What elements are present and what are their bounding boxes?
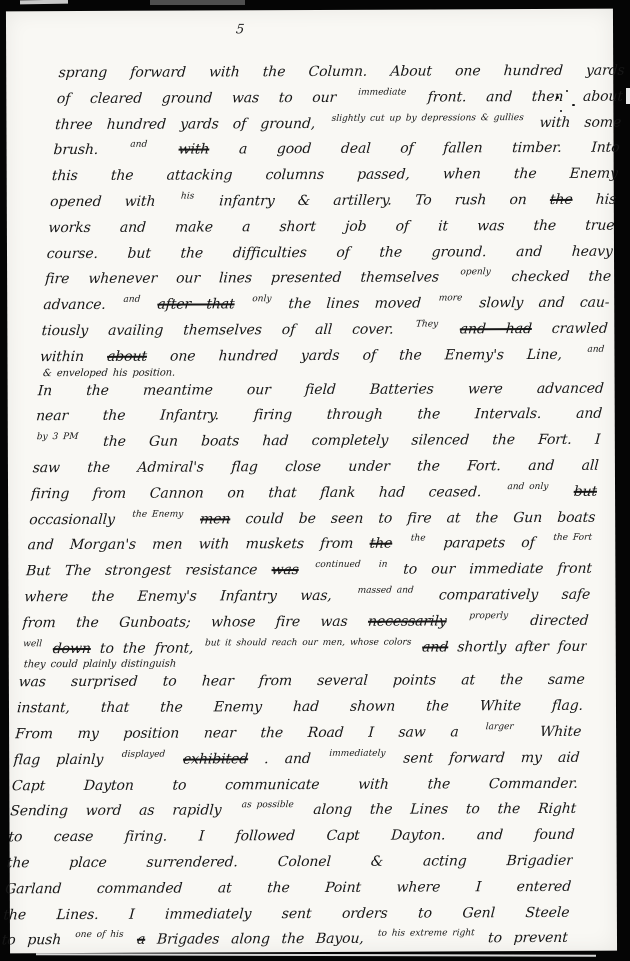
manuscript-line: the Lines. I immediately sent orders to … [3, 900, 571, 928]
struck-out-text: and had [459, 321, 532, 337]
inserted-text: immediately [329, 749, 386, 758]
manuscript-line: of cleared ground was to our immediate f… [56, 84, 624, 112]
text-run: was surprised to hear from several point… [18, 672, 585, 690]
text-run: from the Gunboats; whose fire was [22, 614, 348, 631]
inserted-text: and [123, 296, 141, 305]
manuscript-line: instant, that the Enemy had shown the Wh… [16, 694, 584, 722]
inserted-text: more [438, 295, 462, 304]
text-run: fire whenever our lines presented themse… [45, 270, 440, 288]
inserted-text: as possible [241, 801, 294, 810]
struck-out-text: after that [157, 297, 235, 313]
inserted-text: and [130, 141, 148, 150]
inserted-text: massed and [357, 586, 414, 595]
manuscript-line: three hundred yards of ground, slightly … [54, 110, 622, 138]
manuscript-line: flag plainly displayed exhibited . and i… [13, 746, 581, 774]
text-run: saw the Admiral's flag close under the F… [32, 458, 599, 476]
text-run: to the front, [99, 640, 194, 656]
text-run: where the Enemy's Infantry was, [24, 588, 333, 605]
text-run: Capt Dayton to communicate with the Comm… [11, 775, 578, 793]
struck-out-text: the [369, 536, 393, 552]
text-run: course. but the difficulties of the grou… [46, 243, 613, 261]
text-run: parapets of [443, 535, 535, 551]
inserted-text: the Fort [553, 534, 592, 543]
text-run: checked the [511, 269, 612, 285]
manuscript-line: occasionally the Enemy men could be seen… [28, 505, 596, 533]
text-run: a good deal of fallen timber. Into [238, 140, 620, 158]
text-run: works and make a short job of it was the… [48, 217, 615, 235]
manuscript-line: near the Infantry. firing through the In… [35, 402, 603, 430]
ink-speck [566, 90, 568, 92]
manuscript-line: where the Enemy's Infantry was, massed a… [23, 583, 591, 611]
text-run: of cleared ground was to our [56, 90, 336, 107]
struck-out-text: about [107, 348, 148, 364]
text-run: In the meantime our field Batteries were… [37, 380, 604, 398]
text-run: advance. [43, 297, 106, 313]
struck-out-text: exhibited [183, 751, 249, 767]
manuscript-line: sprang forward with the Column. About on… [58, 59, 626, 87]
manuscript-line: advance. and after that only the lines m… [42, 291, 610, 319]
manuscript-line: Sending word as rapidly as possible alon… [9, 797, 577, 825]
text-run: sprang forward with the Column. About on… [58, 63, 625, 81]
manuscript-line: firing from Cannon on that flank had cea… [30, 480, 598, 508]
manuscript-line: opened with his infantry & artillery. To… [49, 188, 617, 216]
text-run: to push [1, 932, 61, 948]
manuscript: sprang forward with the Column. About on… [1, 59, 626, 955]
text-run: front. and then about [427, 88, 623, 105]
scan-artifact [626, 88, 630, 104]
scanned-manuscript-photo: 5 sprang forward with the Column. About … [0, 0, 630, 961]
scan-artifact [20, 0, 68, 4]
manuscript-line: the place surrendered. Colonel & acting … [6, 849, 574, 877]
text-run: to our immediate front [403, 561, 593, 578]
struck-out-text: and [422, 639, 449, 655]
manuscript-line: fire whenever our lines presented themse… [44, 265, 612, 293]
text-run: to prevent [488, 930, 569, 946]
inserted-text: the Enemy [132, 510, 184, 519]
scan-artifact [150, 0, 245, 5]
manuscript-line: works and make a short job of it was the… [48, 213, 616, 241]
inserted-text: immediate [358, 88, 407, 97]
text-run: Garland commanded at the Point where I e… [5, 879, 572, 897]
inserted-text: one of his [75, 931, 124, 940]
text-run: brush. [53, 142, 99, 158]
text-run: the place surrendered. Colonel & acting … [6, 853, 573, 871]
struck-out-text: down [52, 640, 91, 656]
text-run: they could plainly distinguish [23, 659, 176, 671]
inserted-text: and [587, 345, 605, 354]
manuscript-page: 5 sprang forward with the Column. About … [6, 9, 617, 954]
manuscript-line: brush. and with a good deal of fallen ti… [53, 136, 621, 164]
text-run: along the Lines to the Right [313, 801, 577, 818]
text-run: instant, that the Enemy had shown the Wh… [16, 698, 583, 716]
struck-out-text: but [573, 484, 597, 500]
text-run: one hundred yards of the Enemy's Line, [170, 347, 563, 365]
manuscript-line: to push one of his a Brigades along the … [1, 926, 569, 954]
ink-speck [560, 110, 562, 112]
manuscript-line: In the meantime our field Batteries were… [37, 376, 605, 404]
text-run: directed [530, 613, 589, 629]
text-run: & enveloped his position. [43, 367, 176, 379]
inserted-text: larger [485, 723, 514, 732]
manuscript-line: tiously availing themselves of all cover… [41, 317, 609, 345]
inserted-text: properly [469, 612, 508, 621]
inserted-text: by 3 PM [36, 433, 78, 442]
text-run: the Lines. I immediately sent orders to … [3, 904, 570, 922]
text-run: the Gun boats had completely silenced th… [103, 432, 601, 450]
text-run: to cease firing. I followed Capt Dayton.… [8, 827, 575, 845]
manuscript-line: to cease firing. I followed Capt Dayton.… [8, 823, 576, 851]
text-run: opened with [50, 194, 156, 210]
struck-out-text: with [178, 142, 210, 158]
manuscript-line: and Morgan's men with muskets from the t… [27, 531, 595, 559]
inserted-text: his [181, 192, 195, 201]
text-run: . and [264, 751, 312, 767]
text-run: crawled [551, 321, 608, 337]
text-run: the lines moved [288, 296, 422, 313]
manuscript-line: was surprised to hear from several point… [18, 668, 586, 696]
ink-speck [572, 104, 575, 106]
manuscript-line: Capt Dayton to communicate with the Comm… [11, 771, 579, 799]
manuscript-line: Garland commanded at the Point where I e… [4, 875, 572, 903]
manuscript-line: But The strongest resistance was continu… [25, 557, 593, 585]
text-run: comparatively safe [438, 587, 590, 604]
inserted-text: the [410, 535, 425, 544]
text-run: his [595, 192, 616, 208]
text-run: White [539, 724, 581, 740]
inserted-text: to his extreme right [378, 930, 475, 939]
text-run: three hundred yards of ground, [55, 116, 316, 133]
text-run: flag plainly [13, 752, 104, 768]
text-run: this the attacking columns passed, when … [51, 166, 618, 184]
text-run: could be seen to fire at the Gun boats [245, 509, 596, 527]
struck-out-text: a [136, 932, 145, 948]
ink-speck [556, 96, 559, 99]
text-run: slowly and cau- [479, 295, 610, 312]
text-run: and Morgan's men with muskets from [27, 536, 354, 553]
struck-out-text: was [271, 562, 299, 578]
inserted-text: displayed [121, 750, 165, 759]
manuscript-line: from the Gunboats; whose fire was necess… [22, 609, 590, 637]
text-run: infantry & artillery. To rush on [219, 192, 528, 209]
inserted-text: openly [460, 269, 491, 278]
text-run: within [39, 349, 84, 365]
text-run: occasionally [29, 511, 116, 527]
text-run: Brigades along the Bayou, [156, 931, 364, 948]
text-run: firing from Cannon on that flank had cea… [30, 484, 481, 502]
manuscript-line: From my position near the Road I saw a l… [14, 720, 582, 748]
scan-artifact [36, 953, 596, 956]
text-run: sent forward my aid [403, 750, 580, 767]
text-run: From my position near the Road I saw a [15, 724, 459, 742]
inserted-text: and only [507, 483, 549, 492]
manuscript-line: this the attacking columns passed, when … [51, 162, 619, 190]
inserted-text: in [378, 561, 387, 570]
inserted-text: continued [315, 561, 361, 570]
struck-out-text: the [549, 192, 573, 208]
page-number: 5 [235, 22, 245, 37]
text-run: near the Infantry. firing through the In… [36, 406, 603, 424]
text-run: tiously availing themselves of all cover… [41, 322, 394, 340]
manuscript-line: by 3 PM the Gun boats had completely sil… [33, 428, 601, 456]
inserted-text: well [23, 640, 42, 649]
inserted-text: but it should reach our men, whose color… [205, 638, 412, 648]
manuscript-line: course. but the difficulties of the grou… [46, 239, 614, 267]
struck-out-text: men [200, 511, 231, 527]
inserted-text: only [252, 295, 272, 304]
inserted-text: slightly cut up by depressions & gullies [331, 114, 524, 124]
text-run: Sending word as rapidly [10, 803, 222, 820]
text-run: But The strongest resistance [25, 562, 257, 579]
inserted-text: They [416, 320, 439, 329]
manuscript-line: saw the Admiral's flag close under the F… [32, 454, 600, 482]
struck-out-text: necessarily [367, 613, 447, 629]
